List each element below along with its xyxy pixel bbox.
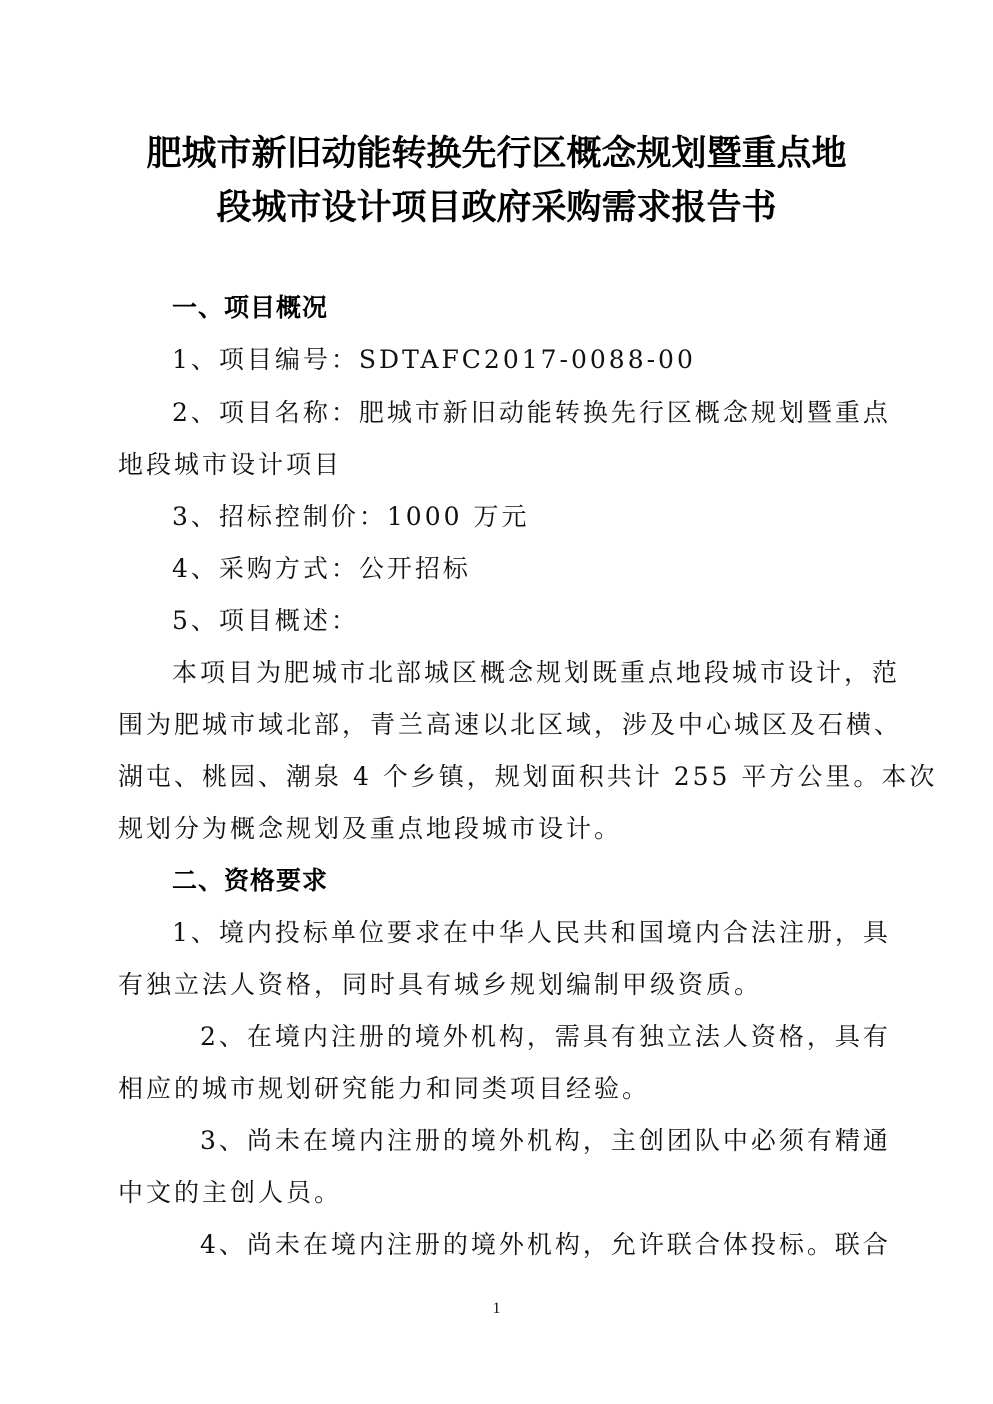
qualification-item-1: 1、境内投标单位要求在中华人民共和国境内合法注册，具: [172, 913, 891, 949]
project-summary-label: 5、项目概述：: [172, 601, 359, 637]
qualification-item-2: 2、在境内注册的境外机构，需具有独立法人资格，具有: [200, 1017, 891, 1053]
summary-paragraph-line: 围为肥城市域北部，青兰高速以北区域，涉及中心城区及石横、: [118, 705, 902, 741]
procurement-method: 4、采购方式：公开招标: [172, 549, 471, 585]
project-number: 1、项目编号：SDTAFC2017-0088-00: [172, 340, 696, 376]
section-heading-overview: 一、项目概况: [172, 288, 328, 324]
control-price: 3、招标控制价：1000 万元: [172, 497, 529, 533]
project-name: 2、项目名称：肥城市新旧动能转换先行区概念规划暨重点: [172, 393, 891, 429]
section-heading-qualification: 二、资格要求: [172, 861, 328, 897]
document-title-line-1: 肥城市新旧动能转换先行区概念规划暨重点地: [100, 126, 893, 176]
qualification-item-3: 3、尚未在境内注册的境外机构，主创团队中必须有精通: [200, 1121, 891, 1157]
project-name-cont: 地段城市设计项目: [118, 445, 342, 481]
qualification-item-1-cont: 有独立法人资格，同时具有城乡规划编制甲级资质。: [118, 965, 762, 1001]
qualification-item-3-cont: 中文的主创人员。: [118, 1173, 342, 1209]
document-page: 肥城市新旧动能转换先行区概念规划暨重点地 段城市设计项目政府采购需求报告书 一、…: [0, 0, 993, 1404]
summary-paragraph-line: 湖屯、桃园、潮泉 4 个乡镇，规划面积共计 255 平方公里。本次: [118, 757, 937, 793]
document-title-line-2: 段城市设计项目政府采购需求报告书: [100, 180, 893, 230]
qualification-item-4: 4、尚未在境内注册的境外机构，允许联合体投标。联合: [200, 1225, 891, 1261]
summary-paragraph-line: 规划分为概念规划及重点地段城市设计。: [118, 809, 622, 845]
summary-paragraph-line: 本项目为肥城市北部城区概念规划既重点地段城市设计，范: [172, 653, 900, 689]
qualification-item-2-cont: 相应的城市规划研究能力和同类项目经验。: [118, 1069, 650, 1105]
page-number: 1: [0, 1300, 993, 1318]
